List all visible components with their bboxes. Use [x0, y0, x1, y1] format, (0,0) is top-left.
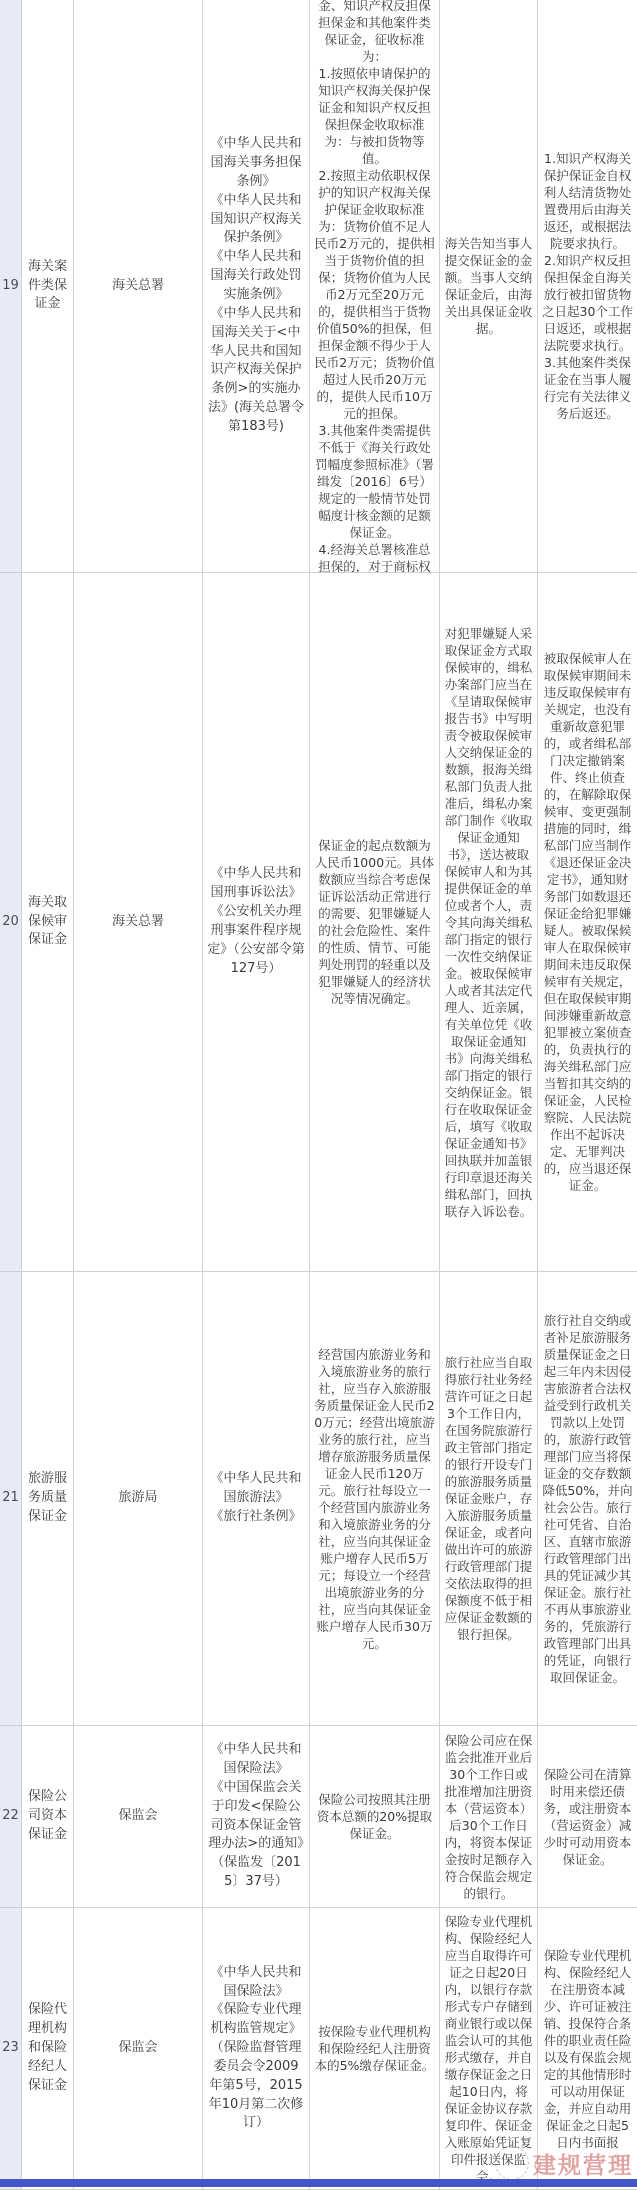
deposit-name-cell: 海关取保候审保证金: [22, 573, 74, 1272]
standard-cell: 经营国内旅游业务和入境旅游业务的旅行社，应当存入旅游服务质量保证金人民币20万元…: [310, 1272, 440, 1726]
authority-cell: 海关总署: [74, 573, 203, 1272]
procedure-cell: 对犯罪嫌疑人采取保证金方式取保候审的，缉私办案部门应当在《呈请取保候审报告书》中…: [440, 573, 538, 1272]
procedure-cell: 保险专业代理机构、保险经纪人应当自取得许可证之日起20日内，以银行存款形式专户存…: [440, 1908, 538, 2190]
authority-cell: 旅游局: [74, 1272, 203, 1726]
refund-cell: 保险专业代理机构、保险经纪人在注册资本减少、许可证被注销、投保符合条件的职业责任…: [538, 1908, 637, 2190]
refund-cell: 旅行社自交纳或者补足旅游服务质量保证金之日起三年内未因侵害旅游者合法权益受到行政…: [538, 1272, 637, 1726]
authority-cell: 保监会: [74, 1726, 203, 1908]
standard-cell: 保险公司按照其注册资本总额的20%提取保证金。: [310, 1726, 440, 1908]
bottom-blue-bar: [0, 2179, 637, 2187]
deposit-name-cell: 保险公司资本保证金: [22, 1726, 74, 1908]
authority-cell: 海关总署: [74, 0, 203, 573]
refund-cell: 被取保候审人在取保候审期间未违反取保候审有关规定，也没有重新故意犯罪的，或者缉私…: [538, 573, 637, 1272]
row-number-cell: 22: [0, 1726, 22, 1908]
standard-cell: 按保险专业代理机构和保险经纪人注册资本的5%缴存保证金。: [310, 1908, 440, 2190]
deposit-name-cell: 海关案件类保证金: [22, 0, 74, 573]
procedure-cell: 旅行社应当自取得旅行社业务经营许可证之日起3个工作日内，在国务院旅游行政主管部门…: [440, 1272, 538, 1726]
refund-cell: 保险公司在清算时用来偿还债务，或注册资本（营运资金）减少时可动用资本保证金。: [538, 1726, 637, 1908]
row-number-cell: 19: [0, 0, 22, 573]
row-number-cell: 20: [0, 573, 22, 1272]
legal-basis-cell: 《中华人民共和国保险法》 《保险专业代理机构监管规定》（保险监督管理委员会令20…: [203, 1908, 310, 2190]
legal-basis-cell: 《中华人民共和国刑事诉讼法》 《公安机关办理刑事案件程序规定》（公安部令第127…: [203, 573, 310, 1272]
row-number-cell: 23: [0, 1908, 22, 2190]
table-page: 19 海关案件类保证金 海关总署 《中华人民共和国海关事务担保条例》 《中华人民…: [0, 0, 637, 2190]
deposit-table: 19 海关案件类保证金 海关总署 《中华人民共和国海关事务担保条例》 《中华人民…: [0, 0, 637, 2190]
standard-cell: 保证金的起点数额为人民币1000元。具体数额应当综合考虑保证诉讼活动正常进行的需…: [310, 573, 440, 1272]
legal-basis-cell: 《中华人民共和国海关事务担保条例》 《中华人民共和国知识产权海关保护条例》 《中…: [203, 0, 310, 573]
deposit-name-cell: 保险代理机构和保险经纪人保证金: [22, 1908, 74, 2190]
row-number-cell: 21: [0, 1272, 22, 1726]
procedure-cell: 海关告知当事人提交保证金的金额。当事人交纳保证金后，由海关出具保证金收据。: [440, 0, 538, 573]
refund-cell: 1.知识产权海关保护保证金自权利人结清货物处置费用后由海关返还，或根据法院要求执…: [538, 0, 637, 573]
standard-cell: 案件类保证金包括知识产权海关保护保证金、知识产权反担保担保金和其他案件类保证金，…: [310, 0, 440, 573]
procedure-cell: 保险公司应在保监会批准开业后30个工作日或批准增加注册资本（营运资本）后30个工…: [440, 1726, 538, 1908]
deposit-name-cell: 旅游服务质量保证金: [22, 1272, 74, 1726]
authority-cell: 保监会: [74, 1908, 203, 2190]
legal-basis-cell: 《中华人民共和国保险法》 《中国保监会关于印发<保险公司资本保证金管理办法>的通…: [203, 1726, 310, 1908]
legal-basis-cell: 《中华人民共和国旅游法》 《旅行社条例》: [203, 1272, 310, 1726]
